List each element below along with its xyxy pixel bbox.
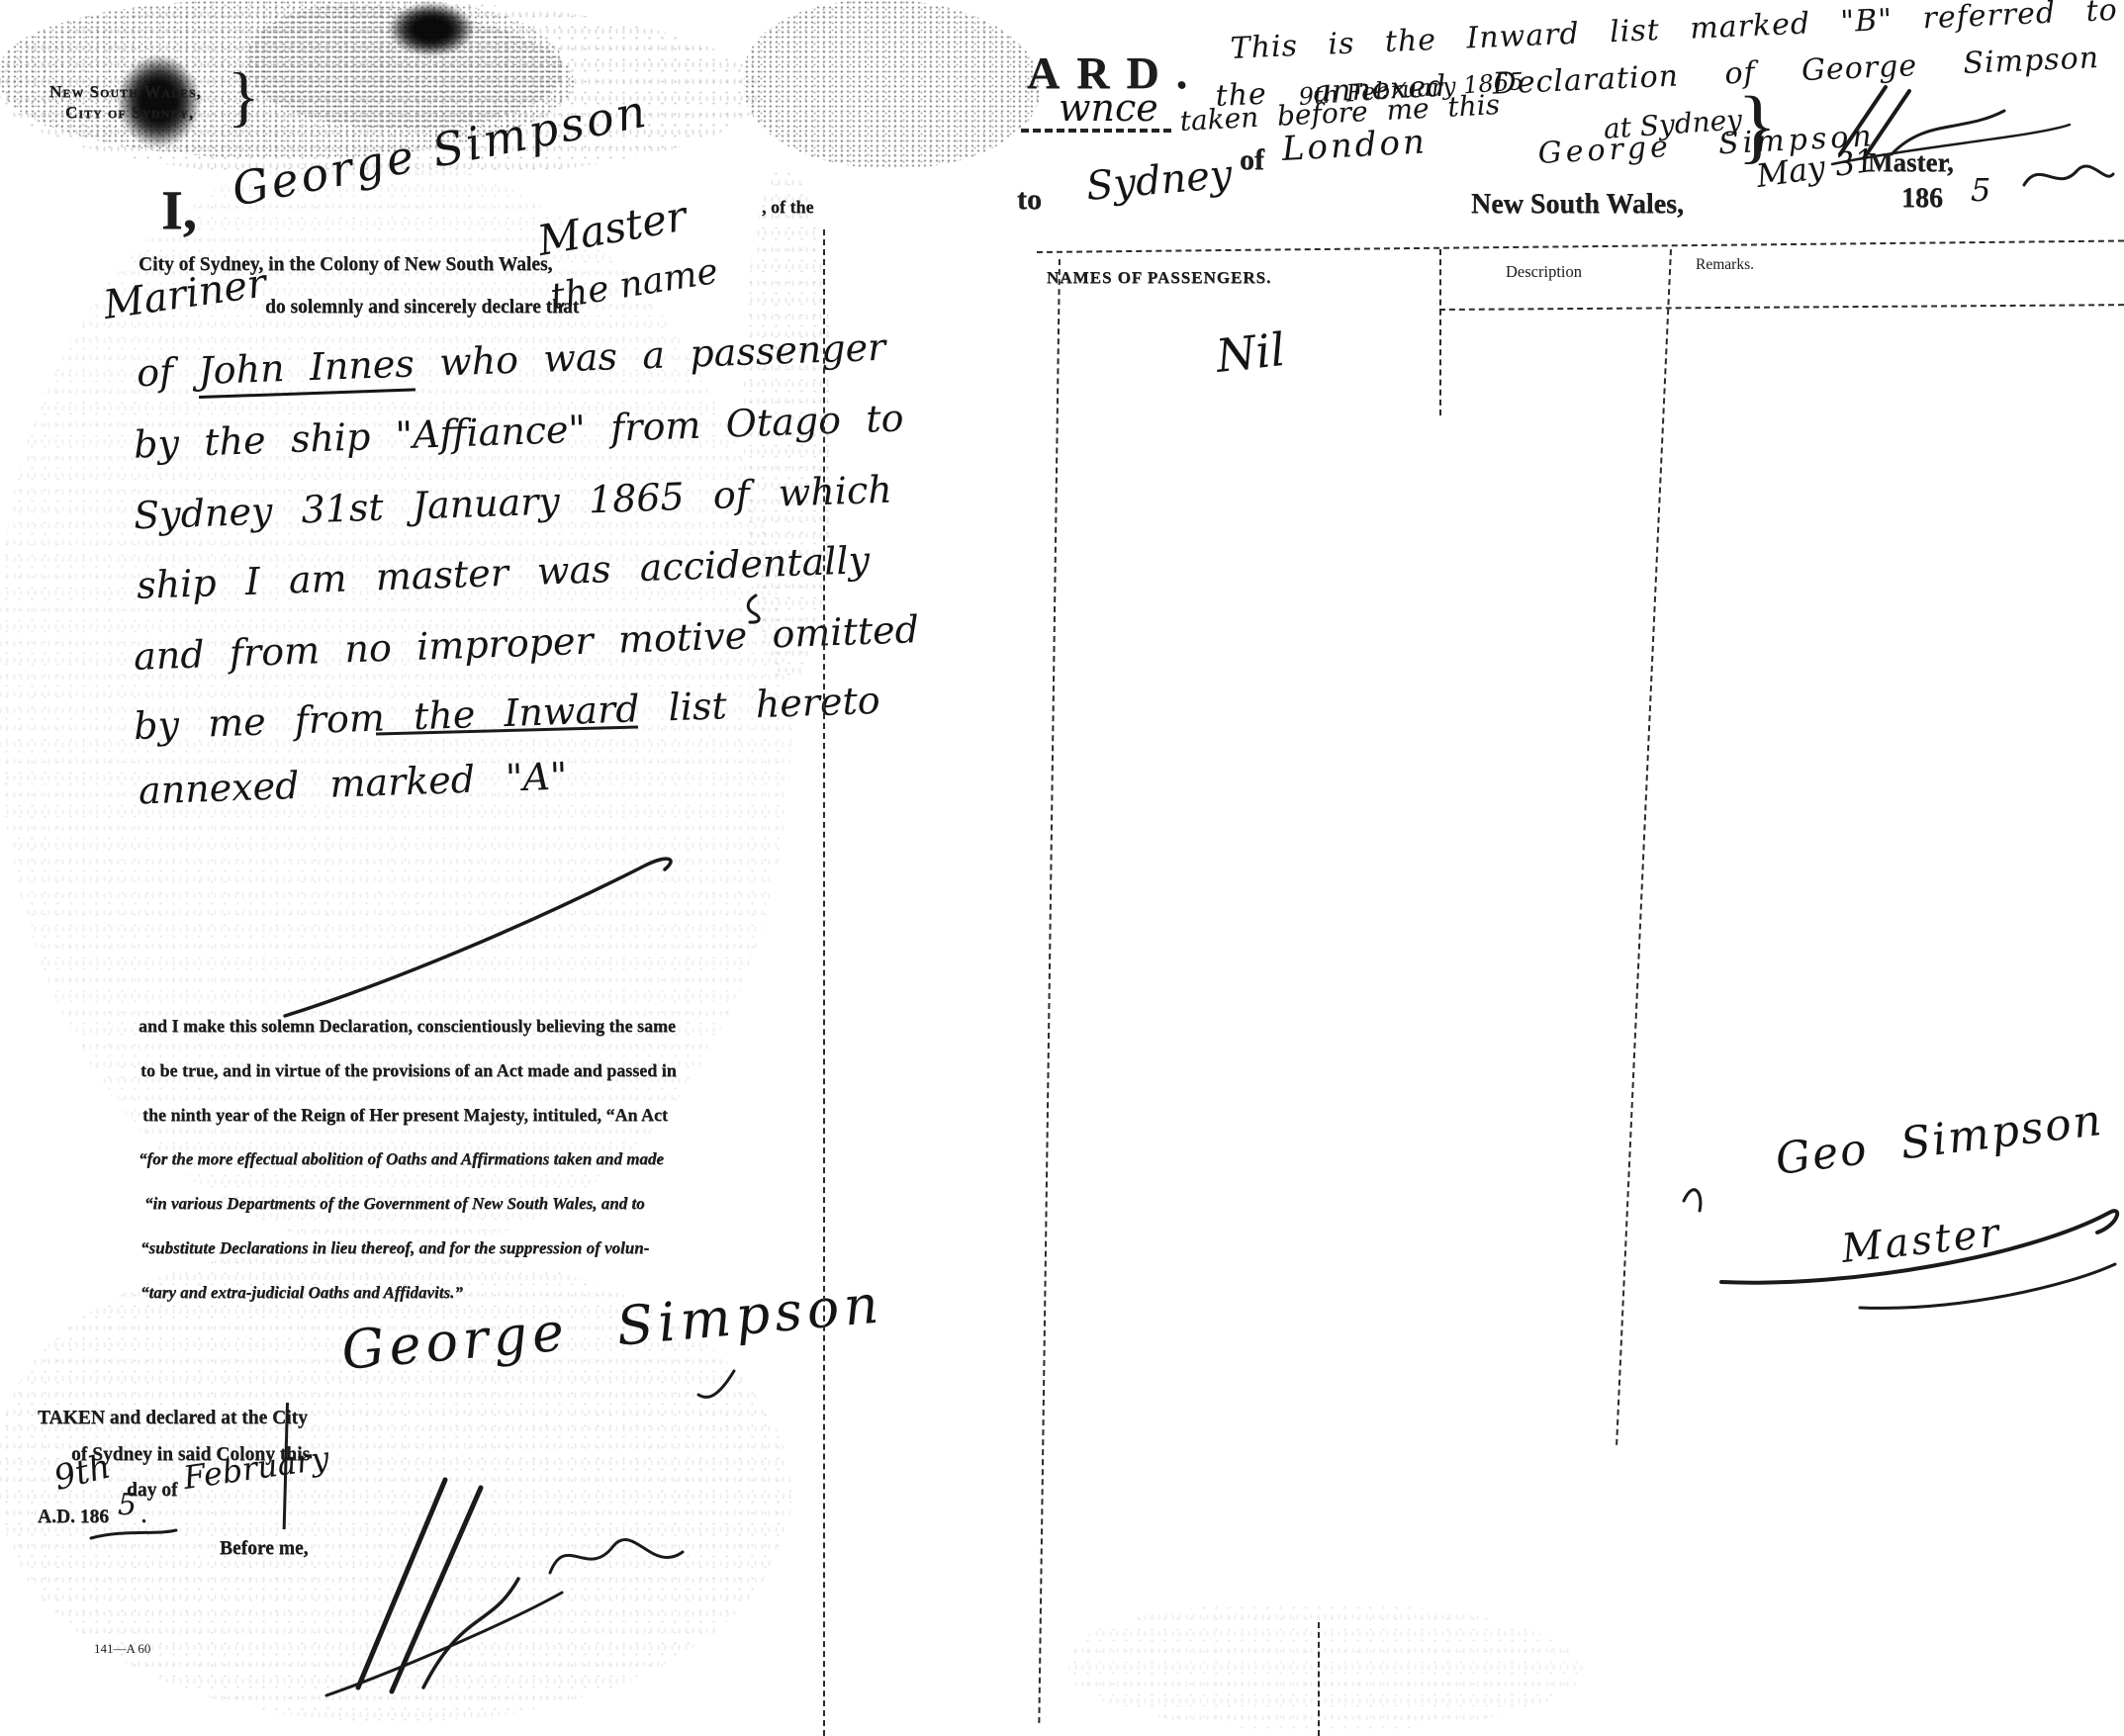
table-column-line-names-description	[1439, 249, 1441, 415]
statute-line-4: “for the more effectual abolition of Oat…	[139, 1150, 664, 1168]
column-header-remarks: Remarks.	[1696, 257, 1754, 273]
attestation-period: .	[141, 1508, 146, 1527]
stamp-brace: }	[228, 61, 260, 132]
table-column-line-inner	[1038, 259, 1061, 1723]
form-number: 141—A 60	[94, 1642, 150, 1656]
witness-signature-flourish	[542, 1518, 691, 1598]
occupation-master-handwritten: Master	[534, 194, 690, 263]
column-header-names: NAMES OF PASSENGERS.	[1047, 269, 1271, 287]
of-port-label: of	[1240, 144, 1264, 176]
speckle-bottom-center	[1068, 1602, 1583, 1731]
table-line-bottom-fragment	[1318, 1622, 1320, 1736]
to-port-label: to	[1017, 184, 1042, 216]
speckle-fold-top	[744, 0, 1041, 168]
table-border-left	[823, 229, 825, 1736]
statute-line-2: to be true, and in virtue of the provisi…	[140, 1061, 677, 1080]
colony-label: New South Wales,	[1471, 190, 1684, 219]
witness-signature	[297, 1462, 574, 1699]
stamp-jurisdiction-line2: City of Sydney,	[65, 104, 194, 122]
declare-printed-text: do solemnly and sincerely declare that	[265, 298, 579, 318]
statute-line-7: “tary and extra-judicial Oaths and Affid…	[140, 1284, 463, 1302]
attestation-ad-label: A.D. 186	[38, 1508, 109, 1527]
before-me-label: Before me,	[220, 1539, 309, 1559]
declaration-initial: I,	[161, 182, 197, 240]
master-flourish	[2018, 150, 2117, 200]
table-column-line-description-remarks	[1616, 249, 1672, 1445]
passenger-name-underlined: John Innes	[198, 341, 416, 399]
column-header-description: Description	[1506, 263, 1582, 280]
port-to-handwritten: Sydney	[1084, 153, 1234, 208]
statute-line-5: “in various Departments of the Governmen…	[144, 1195, 645, 1213]
attestation-year-digit: 5	[118, 1490, 137, 1521]
year-digit-handwritten: 5	[1971, 174, 1990, 208]
table-header-underline	[1439, 304, 2124, 311]
ink-blot-stamp	[117, 54, 201, 148]
stray-ink-mark	[742, 590, 766, 629]
body-line-1-pre: of	[136, 350, 173, 395]
passenger-entry-nil: Nil	[1214, 325, 1287, 380]
scanned-document: New South Wales, City of Sydney, } I, Ge…	[0, 0, 2124, 1736]
statute-line-3: the ninth year of the Reign of Her prese…	[142, 1106, 668, 1125]
year-underline-flourish	[87, 1526, 181, 1542]
port-from-handwritten: London	[1281, 125, 1429, 167]
remarks-signature-flourish	[1672, 1138, 2124, 1316]
year-printed: 186	[1901, 184, 1943, 213]
table-border-top	[1037, 239, 2124, 253]
ship-name-fragment: wnce	[1059, 89, 1158, 129]
pen-flourish-large	[267, 836, 693, 1024]
statute-line-1: and I make this solemn Declaration, cons…	[139, 1017, 676, 1036]
of-the-label: , of the	[762, 198, 814, 217]
attestation-line-1: TAKEN and declared at the City	[38, 1409, 308, 1428]
stamp-jurisdiction-line1: New South Wales,	[49, 83, 202, 101]
signature-check-mark	[693, 1365, 740, 1403]
master-label: Master,	[1868, 148, 1954, 176]
statute-line-6: “substitute Declarations in lieu thereof…	[140, 1239, 649, 1257]
